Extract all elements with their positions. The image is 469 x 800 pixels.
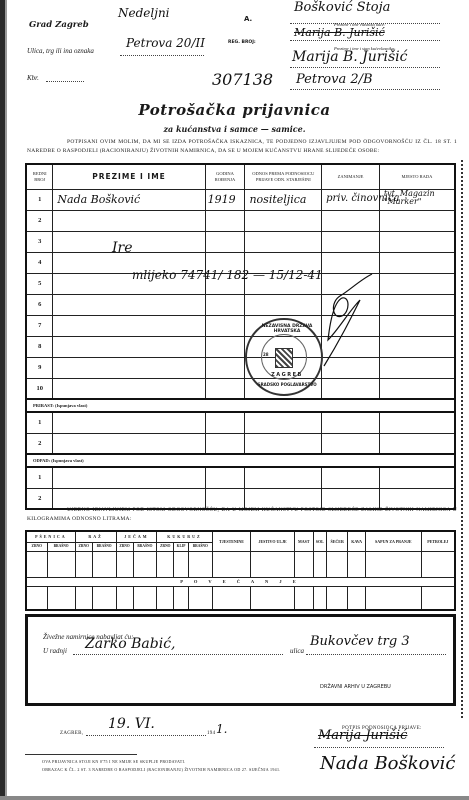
scan-edge-shadow bbox=[5, 0, 7, 800]
prirast-row: 1 bbox=[26, 412, 455, 433]
workplace-cell[interactable]: tvt. Magazin "Marker" bbox=[379, 189, 455, 210]
col-jestivo-ulje: JESTIVO ULJE bbox=[251, 531, 295, 551]
col-sol: SOL bbox=[313, 531, 326, 551]
official-stamp: NEZAVISNA DRŽAVA HRVATSKA 28 ZAGREB GRAD… bbox=[245, 318, 323, 396]
year-cell[interactable] bbox=[205, 210, 245, 231]
group-raz: RAŽ bbox=[75, 531, 116, 542]
kbr-field[interactable] bbox=[46, 74, 84, 82]
prirast-label: PRIRAST: (Ispunjava vlast) bbox=[26, 399, 455, 412]
city-label: Grad Zagreb bbox=[29, 20, 89, 30]
supply-cell[interactable] bbox=[116, 551, 133, 577]
row-number: 9 bbox=[26, 357, 53, 378]
row-number: 7 bbox=[26, 315, 53, 336]
group-kukuruz: KUKURUZ bbox=[157, 531, 212, 542]
increase-cell[interactable] bbox=[47, 586, 75, 610]
street-label: Ulica, trg ili ina oznaka bbox=[27, 47, 94, 55]
occupation-cell[interactable] bbox=[322, 210, 380, 231]
archive-stamp: DRŽAVNI ARHIV U ZAGREBU bbox=[320, 684, 391, 690]
row-number: 8 bbox=[26, 336, 53, 357]
supply-cell[interactable] bbox=[327, 551, 348, 577]
sub-zrno: ZRNO bbox=[157, 542, 174, 551]
supply-cell[interactable] bbox=[251, 551, 295, 577]
workplace-cell[interactable] bbox=[379, 315, 455, 336]
year-prefix: 194 bbox=[207, 731, 215, 736]
workplace-cell[interactable] bbox=[379, 231, 455, 252]
relation-cell[interactable] bbox=[245, 412, 322, 433]
year-cell[interactable] bbox=[205, 357, 245, 378]
tenant-address-value: Petrova 2/B bbox=[296, 72, 373, 87]
tenant-field[interactable]: Marija B. Jurišić bbox=[290, 52, 440, 68]
table-row: 6 bbox=[26, 294, 455, 315]
header-prezime-ime: PREZIME I IME bbox=[53, 164, 205, 189]
col-petrolej: PETROLEJ bbox=[421, 531, 455, 551]
supply-cell[interactable] bbox=[92, 551, 116, 577]
row-number: 1 bbox=[26, 412, 53, 433]
table-row: 1 Nada Bošković 1919 nositeljica priv. č… bbox=[26, 189, 455, 210]
supply-cell[interactable] bbox=[75, 551, 92, 577]
row-number: 4 bbox=[26, 252, 53, 273]
street-value: Petrova 20/II bbox=[126, 36, 205, 50]
workplace-cell[interactable] bbox=[379, 378, 455, 399]
relation-cell[interactable] bbox=[245, 433, 322, 454]
city-handwritten: Nedeljni bbox=[118, 6, 170, 20]
section-letter: A. bbox=[244, 15, 252, 23]
prirast-section-header: PRIRAST: (Ispunjava vlast) bbox=[26, 399, 455, 412]
footnote-regulation: OBRAZAC K ČL. 2 ST. 3 NAREDBE O RASPODJE… bbox=[42, 767, 281, 772]
sub-brasno: BRAŠNO bbox=[47, 542, 75, 551]
relation-cell[interactable] bbox=[245, 210, 322, 231]
row-number: 10 bbox=[26, 378, 53, 399]
shop-street-value: Bukovčev trg 3 bbox=[310, 634, 410, 649]
supplies-group-row: PŠENICA RAŽ JEČAM KUKURUZ TJESTENINE JES… bbox=[26, 531, 455, 542]
increase-header-row: P O V E Ć A N J E bbox=[26, 577, 455, 586]
initials-scribble-icon bbox=[320, 270, 380, 370]
row-number: 6 bbox=[26, 294, 53, 315]
supplies-values-row bbox=[26, 551, 455, 577]
increase-cell[interactable] bbox=[157, 586, 174, 610]
relation-cell[interactable] bbox=[245, 467, 322, 488]
supply-cell[interactable] bbox=[294, 551, 313, 577]
sub-brasno: BRAŠNO bbox=[92, 542, 116, 551]
supply-cell[interactable] bbox=[133, 551, 157, 577]
supply-cell[interactable] bbox=[157, 551, 174, 577]
registration-number: 307138 bbox=[212, 70, 273, 89]
shop-street-field[interactable]: Bukovčev trg 3 bbox=[306, 642, 446, 655]
year-cell[interactable] bbox=[205, 378, 245, 399]
owner-value: Bošković Stoja bbox=[294, 0, 390, 15]
persons-table: REDNI BROJ PREZIME I IME GODINA ROĐENJA … bbox=[25, 163, 456, 510]
row-number: 3 bbox=[26, 231, 53, 252]
date-value: 19. VI. bbox=[108, 716, 155, 732]
scan-edge-bottom bbox=[0, 796, 469, 800]
sub-zrno: ZRNO bbox=[116, 542, 133, 551]
persons-header-row: REDNI BROJ PREZIME I IME GODINA ROĐENJA … bbox=[26, 164, 455, 189]
name-cell[interactable] bbox=[53, 336, 205, 357]
workplace-cell[interactable] bbox=[379, 412, 455, 433]
supply-cell[interactable] bbox=[47, 551, 75, 577]
sub-zrno: ZRNO bbox=[26, 542, 47, 551]
year-cell[interactable] bbox=[205, 231, 245, 252]
name-cell[interactable] bbox=[53, 315, 205, 336]
supply-cell[interactable] bbox=[313, 551, 326, 577]
header-zanimanje: ZANIMANJE bbox=[322, 164, 380, 189]
workplace-cell[interactable] bbox=[379, 210, 455, 231]
name-cell[interactable] bbox=[53, 433, 205, 454]
odpad-row: 1 bbox=[26, 467, 455, 488]
occupation-cell[interactable] bbox=[322, 231, 380, 252]
increase-cell[interactable] bbox=[133, 586, 157, 610]
supply-cell[interactable] bbox=[365, 551, 421, 577]
workplace-cell[interactable] bbox=[379, 357, 455, 378]
table-row: 9 bbox=[26, 357, 455, 378]
perforation-edge bbox=[461, 160, 463, 720]
relation-cell[interactable]: nositeljica bbox=[245, 189, 322, 210]
stamp-city: ZAGREB bbox=[267, 372, 307, 378]
odpad-label: ODPAD: (Ispunjava vlast) bbox=[26, 454, 455, 467]
footnote-divider bbox=[25, 754, 137, 755]
table-row: 7 bbox=[26, 315, 455, 336]
occupation-cell[interactable] bbox=[322, 412, 380, 433]
name-cell[interactable] bbox=[53, 378, 205, 399]
workplace-cell[interactable] bbox=[379, 273, 455, 294]
year-cell[interactable] bbox=[205, 467, 245, 488]
date-field[interactable]: 19. VI. bbox=[86, 724, 206, 736]
relation-value: nositeljica bbox=[249, 193, 306, 206]
workplace-cell[interactable] bbox=[379, 294, 455, 315]
supply-cell[interactable] bbox=[421, 551, 455, 577]
name-cell[interactable] bbox=[53, 357, 205, 378]
tenant-address-field[interactable]: Petrova 2/B bbox=[290, 74, 440, 90]
page-title: Potrošačka prijavnica bbox=[0, 101, 469, 119]
odpad-section-header: ODPAD: (Ispunjava vlast) bbox=[26, 454, 455, 467]
signature-struck-value: Marija Jurišić bbox=[318, 728, 407, 743]
year-suffix: 1. bbox=[216, 722, 227, 736]
group-jecam: JEČAM bbox=[116, 531, 157, 542]
footnote-price: OVA PRIJAVNICA STOJI KN 0'75 I NE SMIJE … bbox=[42, 759, 185, 764]
header-odnos: ODNOS PREMA PODNOSIOCU PRIJAVE ODN. STAR… bbox=[245, 164, 322, 189]
year-cell[interactable] bbox=[205, 433, 245, 454]
workplace-cell[interactable] bbox=[379, 336, 455, 357]
annotation-line1: Ire bbox=[112, 240, 133, 256]
col-mast: MAST bbox=[294, 531, 313, 551]
name-value: Nada Bošković bbox=[57, 193, 140, 206]
increase-cell[interactable] bbox=[365, 586, 421, 610]
sub-zrno: ZRNO bbox=[75, 542, 92, 551]
table-row: 8 bbox=[26, 336, 455, 357]
annotation-line2: mlijeko 74741/ 182 — 15/12-41 bbox=[132, 268, 323, 282]
supply-cell[interactable] bbox=[348, 551, 366, 577]
sub-klip: KLIP bbox=[174, 542, 189, 551]
reg-broj-label: REG. BROJ: bbox=[228, 40, 256, 45]
group-psenica: PŠENICA bbox=[26, 531, 75, 542]
supplies-intro: UJEDNO IZJAVLJUJEM POD ISTOM ODGOVORNOŠĆ… bbox=[27, 506, 457, 524]
table-row: 2 bbox=[26, 210, 455, 231]
shop-street-label: ulica bbox=[290, 647, 304, 655]
occupation-cell[interactable] bbox=[322, 433, 380, 454]
year-cell[interactable]: 1919 bbox=[205, 189, 245, 210]
workplace-cell[interactable] bbox=[379, 467, 455, 488]
header-redni-broj: REDNI BROJ bbox=[26, 164, 53, 189]
page-subtitle: za kućanstva i samce — samice. bbox=[0, 124, 469, 134]
increase-cell[interactable] bbox=[251, 586, 295, 610]
increase-cell[interactable] bbox=[313, 586, 326, 610]
signature-struck-field: Marija Jurišić bbox=[314, 734, 444, 748]
workplace-cell[interactable] bbox=[379, 433, 455, 454]
increase-cell[interactable] bbox=[294, 586, 313, 610]
increase-cell[interactable] bbox=[212, 586, 251, 610]
year-cell[interactable] bbox=[205, 412, 245, 433]
kbr-label: Kbr. bbox=[27, 74, 39, 82]
increase-cell[interactable] bbox=[116, 586, 133, 610]
name-cell[interactable] bbox=[53, 467, 205, 488]
increase-values-row bbox=[26, 586, 455, 610]
name-cell[interactable] bbox=[53, 210, 205, 231]
relation-cell[interactable] bbox=[245, 231, 322, 252]
supply-cell[interactable] bbox=[212, 551, 251, 577]
col-sapun: SAPUN ZA PRANJE bbox=[365, 531, 421, 551]
intro-text: POTPISANI OVIM MOLIM, DA MI SE IZDA POTR… bbox=[27, 138, 457, 156]
owner-struck-field: Marija B. Jurišić bbox=[290, 28, 440, 41]
supply-cell[interactable] bbox=[174, 551, 189, 577]
occupation-cell[interactable] bbox=[322, 378, 380, 399]
increase-cell[interactable] bbox=[348, 586, 366, 610]
name-cell[interactable] bbox=[53, 294, 205, 315]
sub-brasno: BRAŠNO bbox=[188, 542, 212, 551]
table-row: 10 bbox=[26, 378, 455, 399]
row-number: 2 bbox=[26, 433, 53, 454]
occupation-cell[interactable] bbox=[322, 467, 380, 488]
increase-cell[interactable] bbox=[174, 586, 189, 610]
street-field[interactable]: Petrova 20/II bbox=[120, 40, 204, 56]
increase-label: P O V E Ć A N J E bbox=[26, 577, 455, 586]
workplace-cell[interactable] bbox=[379, 252, 455, 273]
tenant-value: Marija B. Jurišić bbox=[292, 49, 407, 65]
occupation-cell[interactable]: priv. činovnica bbox=[322, 189, 380, 210]
header-mjesto-rada: MJESTO RADA bbox=[379, 164, 455, 189]
year-cell[interactable] bbox=[205, 336, 245, 357]
row-number: 5 bbox=[26, 273, 53, 294]
supply-shop-box: Živežne namirnice nabavljat ću: U radnji… bbox=[25, 614, 456, 706]
row-number: 1 bbox=[26, 189, 53, 210]
supply-cell[interactable] bbox=[26, 551, 47, 577]
header-godina: GODINA ROĐENJA bbox=[205, 164, 245, 189]
increase-cell[interactable] bbox=[92, 586, 116, 610]
increase-cell[interactable] bbox=[26, 586, 47, 610]
stamp-number: 28 bbox=[263, 352, 269, 357]
shop-field[interactable]: Zarko Babić, bbox=[73, 642, 283, 655]
year-cell[interactable] bbox=[205, 294, 245, 315]
increase-cell[interactable] bbox=[327, 586, 348, 610]
signature-value[interactable]: Nada Bošković bbox=[320, 753, 456, 774]
name-cell[interactable] bbox=[53, 412, 205, 433]
increase-cell[interactable] bbox=[421, 586, 455, 610]
coat-of-arms-icon bbox=[275, 348, 293, 368]
shop-value: Zarko Babić, bbox=[85, 636, 176, 652]
sub-brasno: BRAŠNO bbox=[133, 542, 157, 551]
place-label: ZAGREB, bbox=[60, 731, 83, 736]
year-value: 1919 bbox=[208, 193, 236, 206]
workplace-value: tvt. Magazin "Marker" bbox=[384, 190, 456, 206]
prirast-row: 2 bbox=[26, 433, 455, 454]
col-kava: KAVA bbox=[348, 531, 366, 551]
supply-cell[interactable] bbox=[188, 551, 212, 577]
col-secer: ŠEĆER bbox=[327, 531, 348, 551]
shop-label: U radnji bbox=[43, 647, 67, 655]
relation-cell[interactable] bbox=[245, 294, 322, 315]
increase-cell[interactable] bbox=[75, 586, 92, 610]
row-number: 2 bbox=[26, 210, 53, 231]
stamp-top-text: NEZAVISNA DRŽAVA HRVATSKA bbox=[259, 324, 315, 334]
year-cell[interactable] bbox=[205, 315, 245, 336]
supplies-table: PŠENICA RAŽ JEČAM KUKURUZ TJESTENINE JES… bbox=[25, 530, 456, 611]
row-number: 1 bbox=[26, 467, 53, 488]
owner-struck-value: Marija B. Jurišić bbox=[294, 26, 385, 39]
table-row: 3 bbox=[26, 231, 455, 252]
increase-cell[interactable] bbox=[188, 586, 212, 610]
stamp-bottom-text: GRADSKO POGLAVARSTVO bbox=[255, 382, 319, 387]
col-tjestenine: TJESTENINE bbox=[212, 531, 251, 551]
name-cell[interactable]: Nada Bošković bbox=[53, 189, 205, 210]
